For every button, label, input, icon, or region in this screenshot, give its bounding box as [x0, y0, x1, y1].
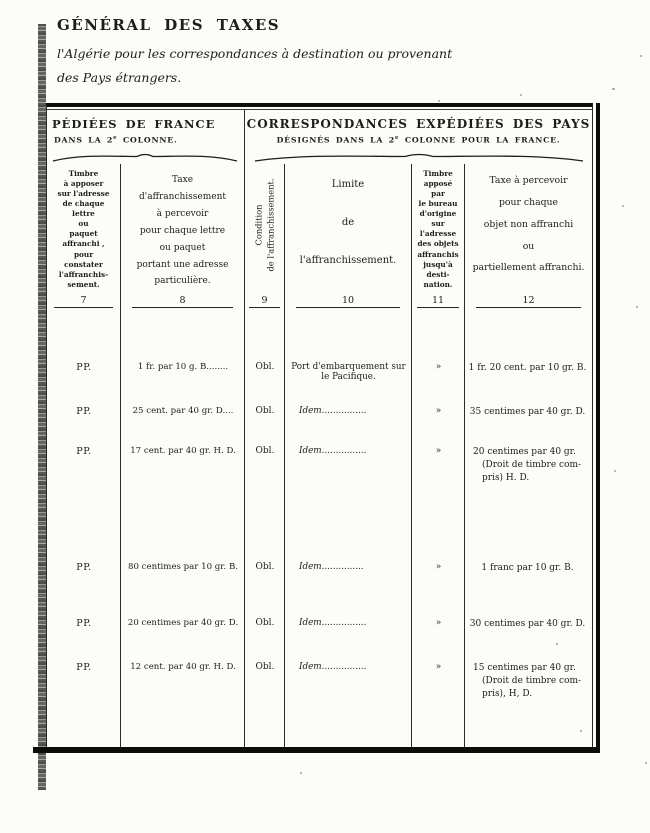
cell-origin-stamp: » [412, 362, 465, 372]
column-header-7: Timbreà apposer sur l'adressede chaque l… [47, 164, 121, 310]
table-row: PP. 20 centimes par 40 gr. D. Obl. Idem.… [47, 618, 592, 631]
header-brace-icon [51, 151, 239, 163]
section-header-band: PÉDIÉES DE FRANCE DANS LA 2e COLONNE. CO… [47, 110, 592, 164]
binding-strip [38, 24, 46, 790]
table-row: PP. 80 centimes par 10 gr. B. Obl. Idem.… [47, 562, 592, 575]
cell-limit: Idem................ [285, 618, 412, 628]
cell-limit: Port d'embarquement surle Pacifique. [285, 362, 412, 382]
cell-limit: Idem................ [285, 406, 412, 416]
column-header-10: Limitede l'affranchissement. 10 [285, 164, 412, 310]
cell-unpaid-tax: 30 centimes par 40 gr. D. [465, 618, 592, 631]
section-title: PÉDIÉES DE FRANCE [52, 117, 242, 131]
section-subtitle: DANS LA 2e COLONNE. [54, 135, 242, 145]
table-row: PP. 12 cent. par 40 gr. H. D. Obl. Idem.… [47, 662, 592, 701]
cell-limit: Idem................ [285, 446, 412, 456]
cell-tax: 12 cent. par 40 gr. H. D. [121, 662, 245, 672]
column-number: 11 [412, 295, 464, 308]
column-header-11: Timbreapposé parle bureau d'originesur l… [412, 164, 465, 310]
cell-unpaid-tax: 1 franc par 10 gr. B. [465, 562, 592, 575]
cell-condition: Obl. [245, 362, 285, 372]
cell-condition: Obl. [245, 562, 285, 572]
tax-table: PÉDIÉES DE FRANCE DANS LA 2e COLONNE. CO… [46, 103, 593, 748]
rotated-header-text: Conditionde l'affranchissement. [252, 162, 277, 288]
column-number: 8 [121, 295, 244, 308]
header-brace-icon [253, 151, 585, 163]
cell-origin-stamp: » [412, 662, 465, 672]
cell-stamp: PP. [47, 446, 121, 457]
table-row: PP. 1 fr. par 10 g. B........ Obl. Port … [47, 362, 592, 382]
cell-stamp: PP. [47, 562, 121, 573]
cell-stamp: PP. [47, 618, 121, 629]
table-bottom-border [33, 747, 600, 753]
page-subtitle: l'Algérie pour les correspondances à des… [57, 42, 452, 91]
cell-stamp: PP. [47, 406, 121, 417]
table-body: PP. 1 fr. par 10 g. B........ Obl. Port … [47, 310, 592, 751]
cell-stamp: PP. [47, 362, 121, 373]
cell-stamp: PP. [47, 662, 121, 673]
cell-tax: 20 centimes par 40 gr. D. [121, 618, 245, 628]
cell-unpaid-tax: 20 centimes par 40 gr.(Droit de timbre c… [465, 446, 592, 485]
page-title: GÉNÉRAL DES TAXES [57, 16, 280, 34]
table-row: PP. 17 cent. par 40 gr. H. D. Obl. Idem.… [47, 446, 592, 485]
cell-condition: Obl. [245, 446, 285, 456]
column-number: 9 [245, 295, 284, 308]
section-header-france: PÉDIÉES DE FRANCE DANS LA 2e COLONNE. [47, 110, 245, 164]
column-header-band: Timbreà apposer sur l'adressede chaque l… [47, 164, 592, 310]
cell-origin-stamp: » [412, 618, 465, 628]
section-title: CORRESPONDANCES EXPÉDIÉES DES PAYS [245, 117, 592, 131]
cell-condition: Obl. [245, 662, 285, 672]
cell-unpaid-tax: 15 centimes par 40 gr.(Droit de timbre c… [465, 662, 592, 701]
cell-tax: 1 fr. par 10 g. B........ [121, 362, 245, 372]
column-header-9: Conditionde l'affranchissement. 9 [245, 164, 285, 310]
cell-tax: 25 cent. par 40 gr. D.... [121, 406, 245, 416]
cell-unpaid-tax: 35 centimes par 40 gr. D. [465, 406, 592, 419]
cell-condition: Obl. [245, 618, 285, 628]
table-right-border [596, 103, 600, 753]
column-header-12: Taxe à percevoirpour chaque objet non af… [465, 164, 592, 310]
subtitle-line-2: des Pays étrangers. [57, 66, 452, 90]
table-row: PP. 25 cent. par 40 gr. D.... Obl. Idem.… [47, 406, 592, 419]
cell-condition: Obl. [245, 406, 285, 416]
column-number: 12 [465, 295, 592, 308]
cell-tax: 80 centimes par 10 gr. B. [121, 562, 245, 572]
cell-tax: 17 cent. par 40 gr. H. D. [121, 446, 245, 456]
section-subtitle: DÉSIGNÉS DANS LA 2e COLONNE POUR LA FRAN… [245, 135, 592, 145]
cell-limit: Idem................ [285, 662, 412, 672]
section-header-pays: CORRESPONDANCES EXPÉDIÉES DES PAYS DÉSIG… [245, 110, 592, 164]
column-number: 10 [285, 295, 411, 308]
cell-unpaid-tax: 1 fr. 20 cent. par 10 gr. B. [465, 362, 592, 375]
cell-limit: Idem............... [285, 562, 412, 572]
subtitle-line-1: l'Algérie pour les correspondances à des… [57, 42, 452, 66]
cell-origin-stamp: » [412, 406, 465, 416]
column-number: 7 [47, 295, 120, 308]
cell-origin-stamp: » [412, 446, 465, 456]
column-header-8: Taxed'affranchissement à percevoirpour c… [121, 164, 245, 310]
cell-origin-stamp: » [412, 562, 465, 572]
